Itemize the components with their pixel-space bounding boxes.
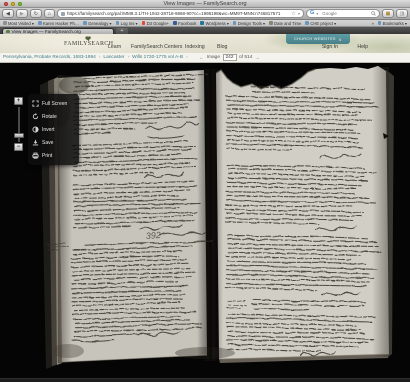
engine-dropdown-icon[interactable]: ▾	[316, 11, 318, 16]
bookmark-label: Log Ins ▾	[121, 21, 138, 26]
bookmark-label: D3 Google+	[147, 21, 169, 26]
library-icon	[386, 11, 390, 16]
breadcrumb: Pennsylvania, Probate Records, 1683-1994…	[0, 53, 410, 63]
breadcrumb-collection[interactable]: Pennsylvania, Probate Records, 1683-1994	[3, 55, 96, 60]
search-input[interactable]	[320, 10, 369, 17]
zoom-out-button[interactable]: −	[14, 143, 23, 151]
previous-image-button[interactable]: ←	[199, 55, 205, 61]
nav-learn[interactable]: Learn	[108, 44, 121, 50]
window-bottom-edge	[0, 378, 410, 382]
window-title: View Images — FamilySearch.org	[0, 1, 410, 7]
url-input[interactable]	[67, 10, 289, 18]
pager-of: of 514	[239, 55, 252, 60]
nav-familysearch-centers[interactable]: FamilySearch Centers	[131, 44, 182, 50]
invert-icon	[32, 126, 39, 133]
bookmark-item[interactable]: Wordpress ▾	[200, 21, 228, 26]
forward-button[interactable]: ▶	[16, 9, 28, 18]
nav-indexing[interactable]: Indexing	[185, 44, 205, 50]
titlebar: View Images — FamilySearch.org	[0, 0, 410, 8]
url-dropdown-icon[interactable]: ▾	[298, 11, 300, 16]
full-screen-icon	[32, 100, 39, 107]
bookmark-label: Design Tools ▾	[238, 21, 265, 26]
image-pager: ← Image of 514 →	[199, 54, 261, 61]
zoom-in-button[interactable]: +	[14, 97, 23, 105]
tab-bar: View Images — FamilySearch.org +	[0, 27, 410, 34]
bookmark-label: CHE project ▾	[310, 21, 336, 26]
bookmarks-bar: Most Visited ▾ Karen Hacker Ph… Genealog…	[0, 20, 410, 27]
print-icon	[32, 152, 39, 159]
bookmarks-menu-icon	[378, 21, 382, 25]
bookmark-favicon	[173, 21, 177, 25]
bookmark-item[interactable]: Date and Time	[269, 21, 301, 26]
bookmark-item[interactable]: CHE project ▾	[305, 21, 336, 26]
church-websites-button[interactable]: CHURCH WEBSITES ∨	[286, 34, 350, 44]
rotate-icon	[32, 113, 39, 120]
navigation-toolbar: ◀ ▶ ↻ ⌂ ☆ ▾ G ▾	[0, 8, 410, 20]
url-bar[interactable]: ☆ ▾	[57, 9, 304, 18]
bookmark-favicon	[269, 21, 273, 25]
viewer-toolbar: Full Screen Rotate Invert Save Print	[28, 94, 79, 165]
chevron-down-icon: ∨	[339, 37, 342, 42]
save-button[interactable]: Save	[32, 136, 75, 149]
bookmarks-menu-button[interactable]: Bookmarks ▾	[378, 21, 407, 26]
bookmark-label: Wordpress ▾	[205, 21, 228, 26]
search-icon	[371, 11, 376, 16]
next-image-button[interactable]: →	[255, 55, 261, 61]
site-identity-icon	[61, 12, 65, 16]
sign-in-link[interactable]: Sign In	[322, 44, 338, 50]
breadcrumb-volume[interactable]: Wills 1730-1775 vol A-B	[132, 55, 183, 60]
bookmark-label: Karen Hacker Ph…	[43, 21, 79, 26]
familysearch-header: FAMILYSEARCH Learn FamilySearch Centers …	[0, 34, 410, 53]
breadcrumb-county[interactable]: Lancaster	[103, 55, 124, 60]
bookmark-star-icon[interactable]: ☆	[291, 11, 296, 17]
search-bar[interactable]: G ▾	[306, 9, 380, 18]
bookmark-favicon	[142, 21, 146, 25]
image-number-input[interactable]	[223, 54, 237, 61]
invert-button[interactable]: Invert	[32, 123, 75, 136]
browser-window: View Images — FamilySearch.org ◀ ▶ ↻ ⌂ ☆…	[0, 0, 410, 382]
bookmark-favicon	[38, 21, 42, 25]
image-viewer: 392 + − Full Screen Rotate Invert Save	[0, 63, 410, 378]
back-button[interactable]: ◀	[2, 9, 14, 18]
bookmark-favicon	[233, 21, 237, 25]
bookmark-item[interactable]: D3 Google+	[142, 21, 169, 26]
pager-label: Image	[207, 55, 220, 60]
full-screen-button[interactable]: Full Screen	[32, 97, 75, 110]
bookmark-label: Most Visited ▾	[8, 21, 34, 26]
google-engine-icon[interactable]: G	[310, 11, 314, 17]
bookmark-item[interactable]: Karen Hacker Ph…	[38, 21, 79, 26]
familysearch-logo[interactable]: FAMILYSEARCH	[64, 36, 113, 47]
rotate-button[interactable]: Rotate	[32, 110, 75, 123]
zoom-slider-handle[interactable]	[14, 133, 24, 138]
library-button[interactable]	[382, 9, 394, 18]
bookmark-favicon	[200, 21, 204, 25]
help-link[interactable]: Help	[357, 44, 368, 50]
tab-label: View Images — FamilySearch.org	[12, 29, 81, 34]
panel-button[interactable]	[396, 9, 408, 18]
bookmark-item[interactable]: Log Ins ▾	[116, 21, 138, 26]
familysearch-favicon	[6, 30, 10, 34]
save-icon	[32, 139, 39, 146]
bookmark-label: Date and Time	[274, 21, 301, 26]
bookmark-favicon	[3, 21, 7, 25]
nav-blog[interactable]: Blog	[217, 44, 227, 50]
bookmark-label: Facebook	[178, 21, 196, 26]
bookmark-item[interactable]: Facebook	[173, 21, 196, 26]
bookmark-label: Genealogy ▾	[88, 21, 112, 26]
home-button[interactable]: ⌂	[44, 9, 55, 18]
bookmark-item[interactable]: Design Tools ▾	[233, 21, 265, 26]
bookmark-item[interactable]: Genealogy ▾	[83, 21, 112, 26]
manuscript-page-number: 392	[145, 230, 161, 241]
reload-button[interactable]: ↻	[30, 9, 42, 18]
bookmark-favicon	[305, 21, 309, 25]
bookmark-favicon	[83, 21, 87, 25]
bookmark-favicon	[116, 21, 120, 25]
logo-text: FAMILYSEARCH	[64, 41, 113, 47]
panel-icon	[400, 11, 404, 16]
print-button[interactable]: Print	[32, 149, 75, 162]
bookmark-item[interactable]: Most Visited ▾	[3, 21, 34, 26]
bookmarks-overflow-button[interactable]: »	[371, 21, 373, 26]
